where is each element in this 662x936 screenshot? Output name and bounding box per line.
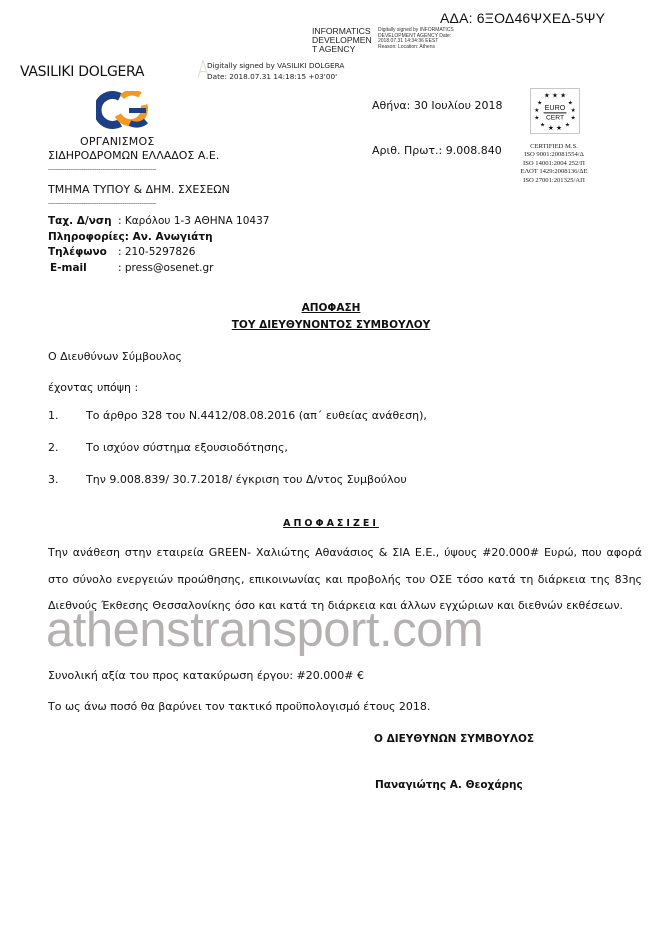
list-number: 1. bbox=[48, 409, 86, 441]
list-text: Την 9.008.839/ 30.7.2018/ έγκριση του Δ/… bbox=[86, 473, 407, 505]
contact-label: Πληροφορίες bbox=[48, 230, 125, 246]
svg-text:★ ★ ★: ★ ★ ★ bbox=[544, 92, 566, 100]
budget-line: Το ως άνω ποσό θα βαρύνει τον τακτικό πρ… bbox=[48, 700, 430, 713]
separator: ----------------------------------------… bbox=[48, 200, 156, 207]
ida-signature-details: Digitally signed by INFORMATICS DEVELOPM… bbox=[378, 28, 458, 50]
org-name-line2: ΣΙΔΗΡΟΔΡΟΜΩΝ ΕΛΛΑΔΟΣ Α.Ε. bbox=[48, 149, 219, 162]
contact-address: Ταχ. Δ/νση : Καρόλου 1-3 ΑΘΗΝΑ 10437 bbox=[48, 214, 269, 230]
watermark: athenstransport.com bbox=[46, 606, 483, 655]
org-name-line1: ΟΡΓΑΝΙΣΜΟΣ bbox=[80, 135, 154, 148]
certification-item: ISO 9001:20081554/Δ bbox=[504, 151, 604, 159]
contact-label: Τηλέφωνο bbox=[48, 245, 118, 261]
considerations-list: 1. Το άρθρο 328 του Ν.4412/08.08.2016 (α… bbox=[48, 409, 427, 505]
list-item: 3. Την 9.008.839/ 30.7.2018/ έγκριση του… bbox=[48, 473, 427, 505]
list-text: Το άρθρο 328 του Ν.4412/08.08.2016 (απ΄ … bbox=[86, 409, 427, 441]
svg-text:★: ★ bbox=[537, 99, 542, 106]
personal-signature-line1: Digitally signed by VASILIKI DOLGERA bbox=[207, 60, 344, 71]
eurocert-top-text: EURO bbox=[545, 104, 566, 112]
contact-info-person: Πληροφορίες : Αν. Ανωγιάτη bbox=[48, 230, 269, 246]
list-number: 3. bbox=[48, 473, 86, 505]
list-text: Το ισχύον σύστημα εξουσιοδότησης, bbox=[86, 441, 288, 473]
document-subtitle: ΤΟΥ ΔΙΕΥΘΥΝΟΝΤΟΣ ΣΥΜΒΟΥΛΟΥ bbox=[0, 319, 662, 331]
svg-text:★: ★ bbox=[571, 115, 576, 122]
separator: ----------------------------------------… bbox=[48, 166, 156, 173]
title-line1: ΑΠΟΦΑΣΗ bbox=[302, 302, 361, 314]
list-item: 2. Το ισχύον σύστημα εξουσιοδότησης, bbox=[48, 441, 427, 473]
signatory-name: Παναγιώτης Α. Θεοχάρης bbox=[375, 779, 523, 791]
certification-item: ISO 27001:201325/ΑΠ bbox=[504, 177, 604, 185]
certification-item: CERTIFIED M.S. bbox=[504, 143, 604, 151]
title-line2: ΤΟΥ ΔΙΕΥΘΥΝΟΝΤΟΣ ΣΥΜΒΟΥΛΟΥ bbox=[232, 319, 431, 331]
contact-phone: Τηλέφωνο : 210-5297826 bbox=[48, 245, 269, 261]
list-number: 2. bbox=[48, 441, 86, 473]
decides-heading: ΑΠΟΦΑΣΙΖΕΙ bbox=[0, 518, 662, 529]
decides-text: ΑΠΟΦΑΣΙΖΕΙ bbox=[283, 518, 379, 529]
protocol-number: Αριθ. Πρωτ.: 9.008.840 bbox=[372, 144, 502, 157]
contact-info: Ταχ. Δ/νση : Καρόλου 1-3 ΑΘΗΝΑ 10437 Πλη… bbox=[48, 214, 269, 276]
contact-label: E-mail bbox=[48, 261, 118, 277]
svg-text:★: ★ bbox=[565, 121, 570, 128]
contact-email-link[interactable]: : press@osenet.gr bbox=[118, 261, 213, 277]
eurocert-bottom-text: CERT bbox=[546, 115, 564, 122]
certifications-list: CERTIFIED M.S. ISO 9001:20081554/Δ ISO 1… bbox=[504, 143, 604, 185]
ose-logo-icon bbox=[96, 91, 152, 129]
personal-signature-line2: Date: 2018.07.31 14:18:15 +03'00' bbox=[207, 71, 344, 82]
svg-text:★: ★ bbox=[534, 115, 539, 122]
svg-text:★: ★ bbox=[568, 99, 573, 106]
having-considered: έχοντας υπόψη : bbox=[48, 381, 138, 394]
svg-text:★: ★ bbox=[534, 107, 539, 114]
document-date: Αθήνα: 30 Ιουλίου 2018 bbox=[372, 99, 502, 112]
contact-label: Ταχ. Δ/νση bbox=[48, 214, 118, 230]
eurocert-logo-icon: ★ ★ ★ ★ ★ ★ ★ ★ ★ ★ ★ ★ ★ EURO CERT bbox=[530, 88, 580, 134]
svg-text:★: ★ bbox=[540, 121, 545, 128]
ceo-line: Ο Διευθύνων Σύμβουλος bbox=[48, 350, 182, 363]
personal-signature-details: Digitally signed by VASILIKI DOLGERA Dat… bbox=[207, 60, 344, 82]
personal-signer-name: VASILIKI DOLGERA bbox=[20, 64, 144, 80]
certification-item: ISO 14001:2004 252/Π bbox=[504, 160, 604, 168]
document-title: ΑΠΟΦΑΣΗ bbox=[0, 302, 662, 314]
contact-value: : 210-5297826 bbox=[118, 245, 195, 261]
list-item: 1. Το άρθρο 328 του Ν.4412/08.08.2016 (α… bbox=[48, 409, 427, 441]
svg-text:★: ★ bbox=[571, 107, 576, 114]
department-name: ΤΜΗΜΑ ΤΥΠΟΥ & ΔΗΜ. ΣΧΕΣΕΩΝ bbox=[48, 183, 230, 196]
contact-value: : Αν. Ανωγιάτη bbox=[125, 230, 213, 246]
total-value: Συνολική αξία του προς κατακύρωση έργου:… bbox=[48, 669, 364, 682]
svg-text:★ ★: ★ ★ bbox=[548, 124, 562, 132]
contact-value: : Καρόλου 1-3 ΑΘΗΝΑ 10437 bbox=[118, 214, 269, 230]
contact-email: E-mail : press@osenet.gr bbox=[48, 261, 269, 277]
signatory-title: Ο ΔΙΕΥΘΥΝΩΝ ΣΥΜΒΟΥΛΟΣ bbox=[374, 733, 534, 745]
certification-item: ΕΛΟΤ 1429:2008136/ΔΕ bbox=[504, 168, 604, 176]
ada-code: ΑΔΑ: 6ΞΟΔ46ΨΧΕΔ-5ΨΥ bbox=[440, 10, 605, 26]
ida-signer-name: INFORMATICS DEVELOPMEN T AGENCY bbox=[312, 27, 378, 54]
